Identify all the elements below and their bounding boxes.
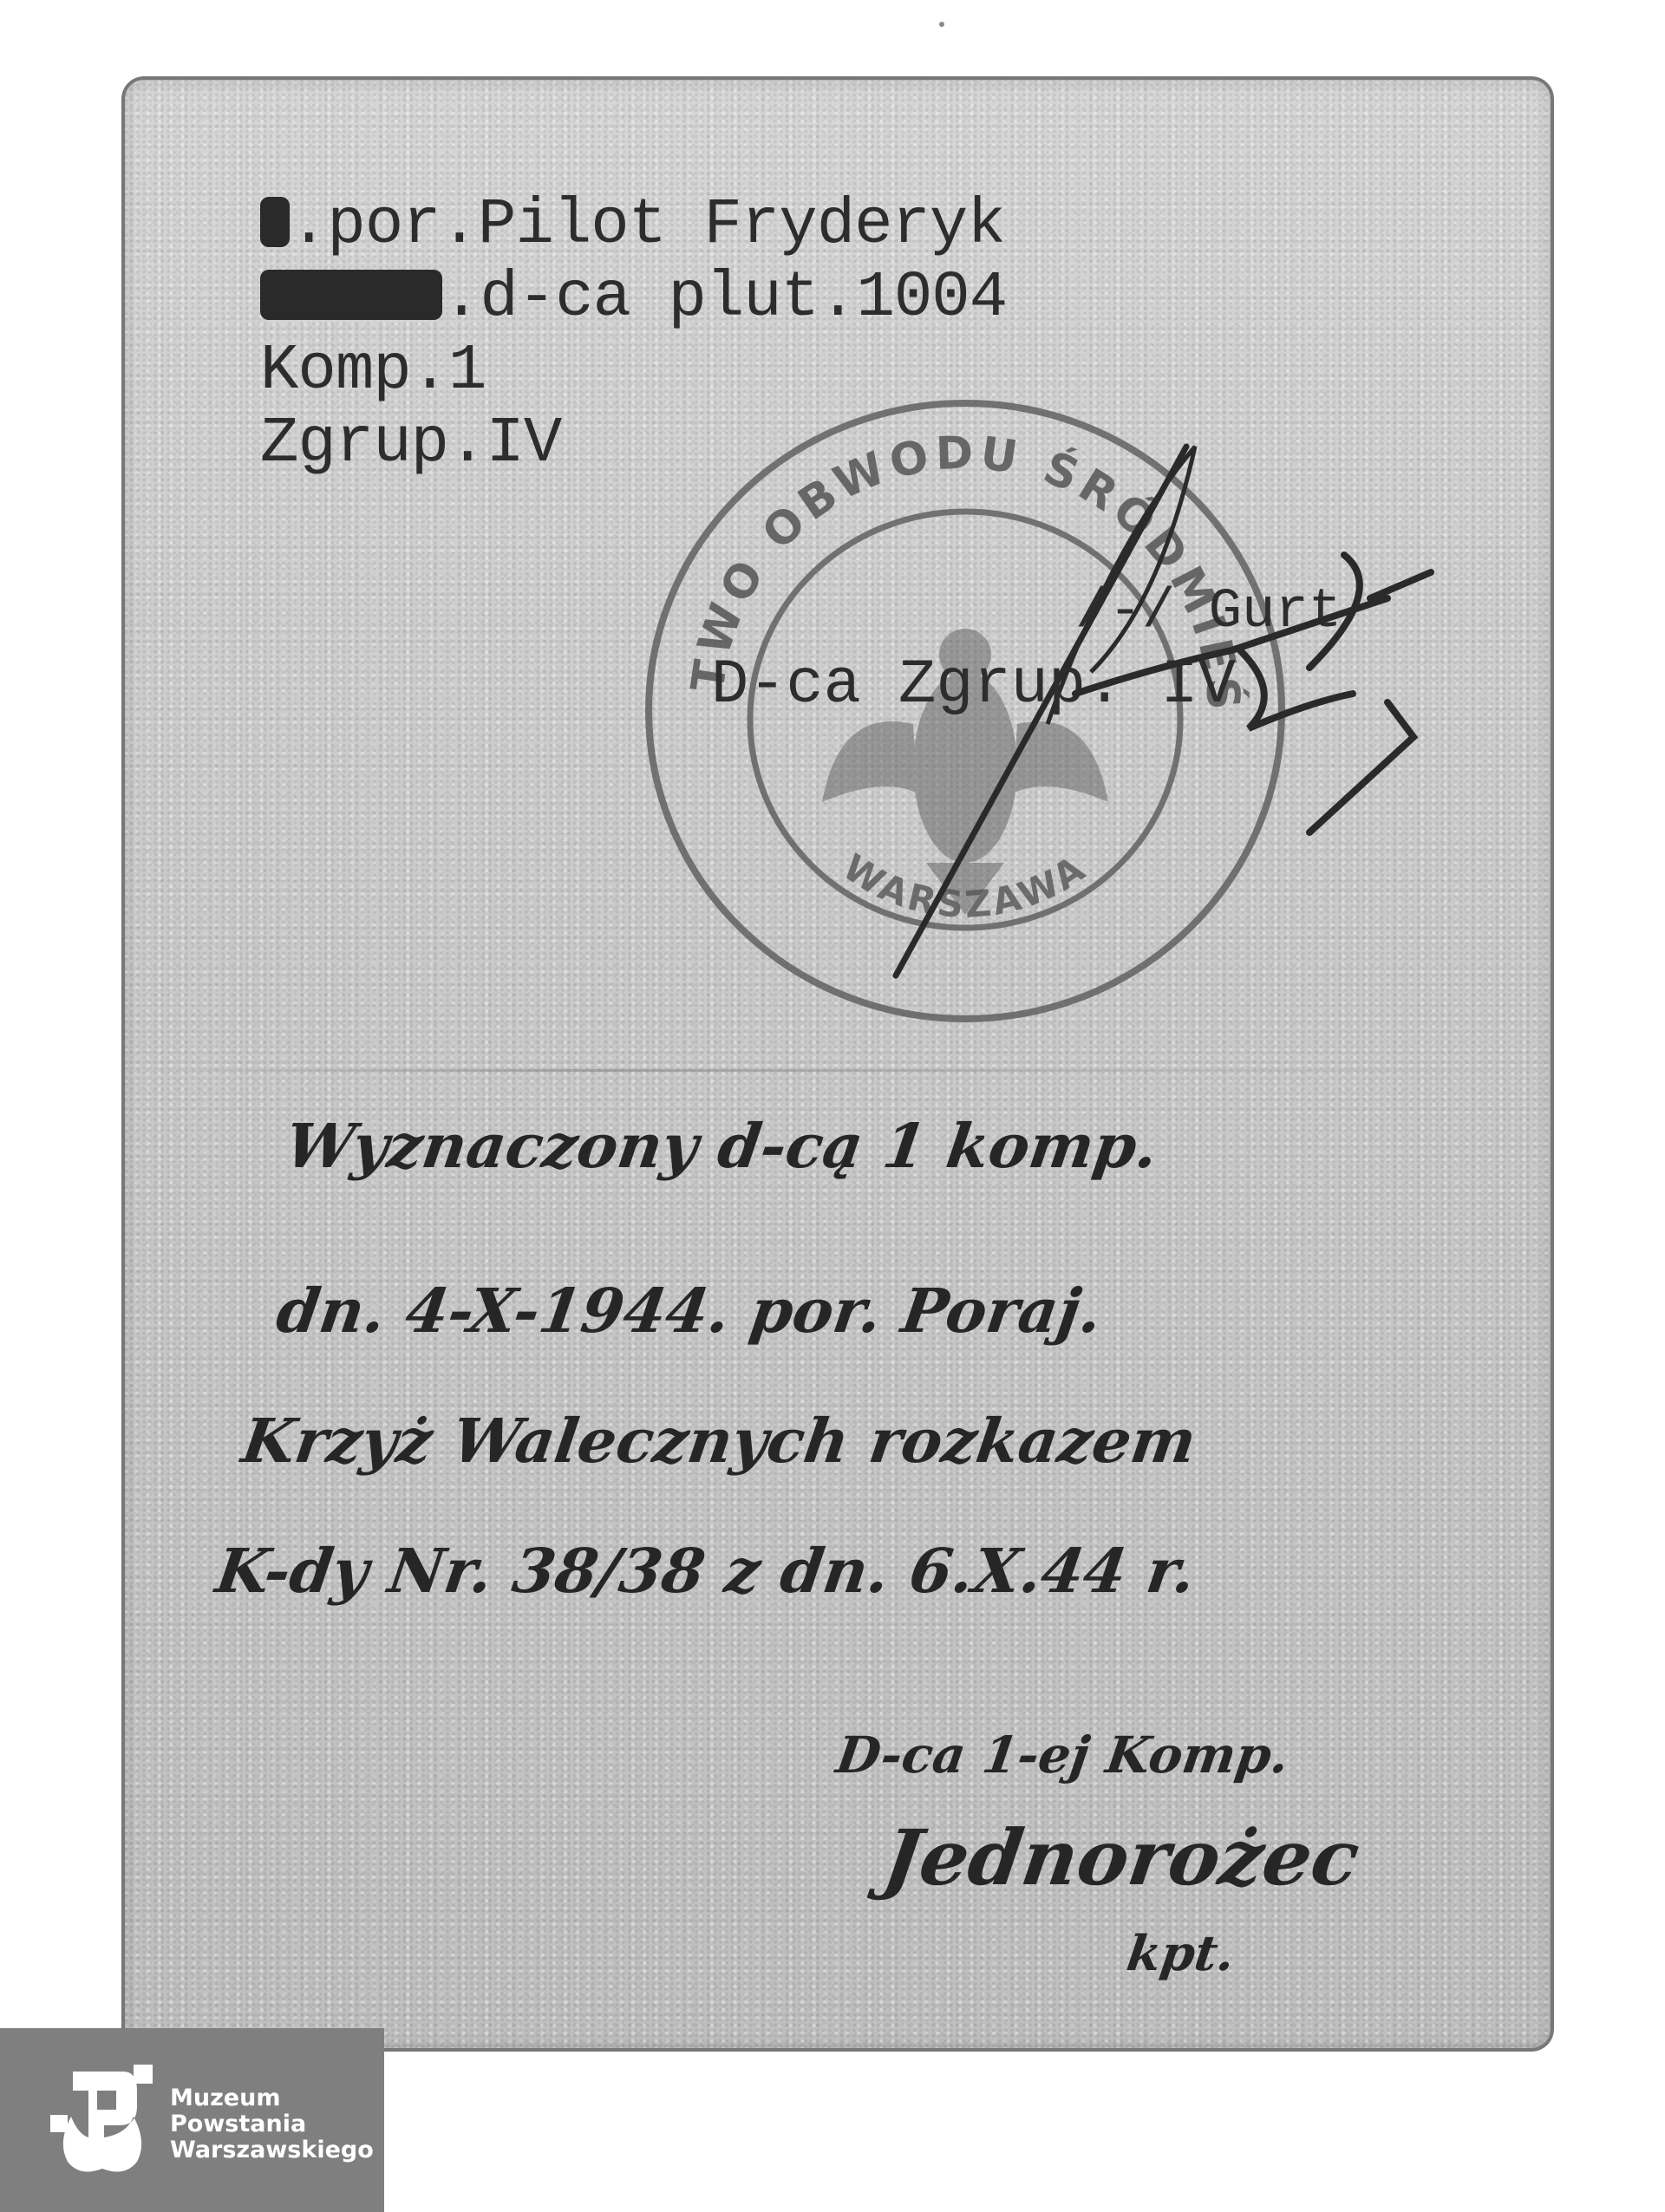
typed-line-function: .d-ca plut.1004 [260,262,1007,335]
signature-title: D-ca 1-ej Komp. [832,1726,1293,1785]
kotwica-anchor-icon [50,2065,154,2177]
redaction-mark [260,197,290,247]
signature-rank: kpt. [1123,1925,1238,1982]
handwritten-note-line-1: Wyznaczony d-cą 1 komp. [281,1110,1162,1182]
signature-name: Jednorożec [878,1812,1365,1902]
card-fold-crease [121,1069,1554,1072]
handwritten-note-line-3: Krzyż Walecznych rozkazem [238,1405,1200,1477]
redaction-mark [260,270,442,320]
dust-speck [939,22,944,27]
museum-watermark: Muzeum Powstania Warszawskiego [0,2028,384,2212]
handwritten-note-line-4: K-dy Nr. 38/38 z dn. 6.X.44 r. [212,1535,1199,1607]
commander-signature-scribble [1023,520,1457,850]
typed-line-rank-name: .por.Pilot Fryderyk [260,189,1007,262]
museum-name: Muzeum Powstania Warszawskiego [170,2085,374,2163]
handwritten-note-line-2: dn. 4-X-1944. por. Poraj. [272,1275,1107,1347]
